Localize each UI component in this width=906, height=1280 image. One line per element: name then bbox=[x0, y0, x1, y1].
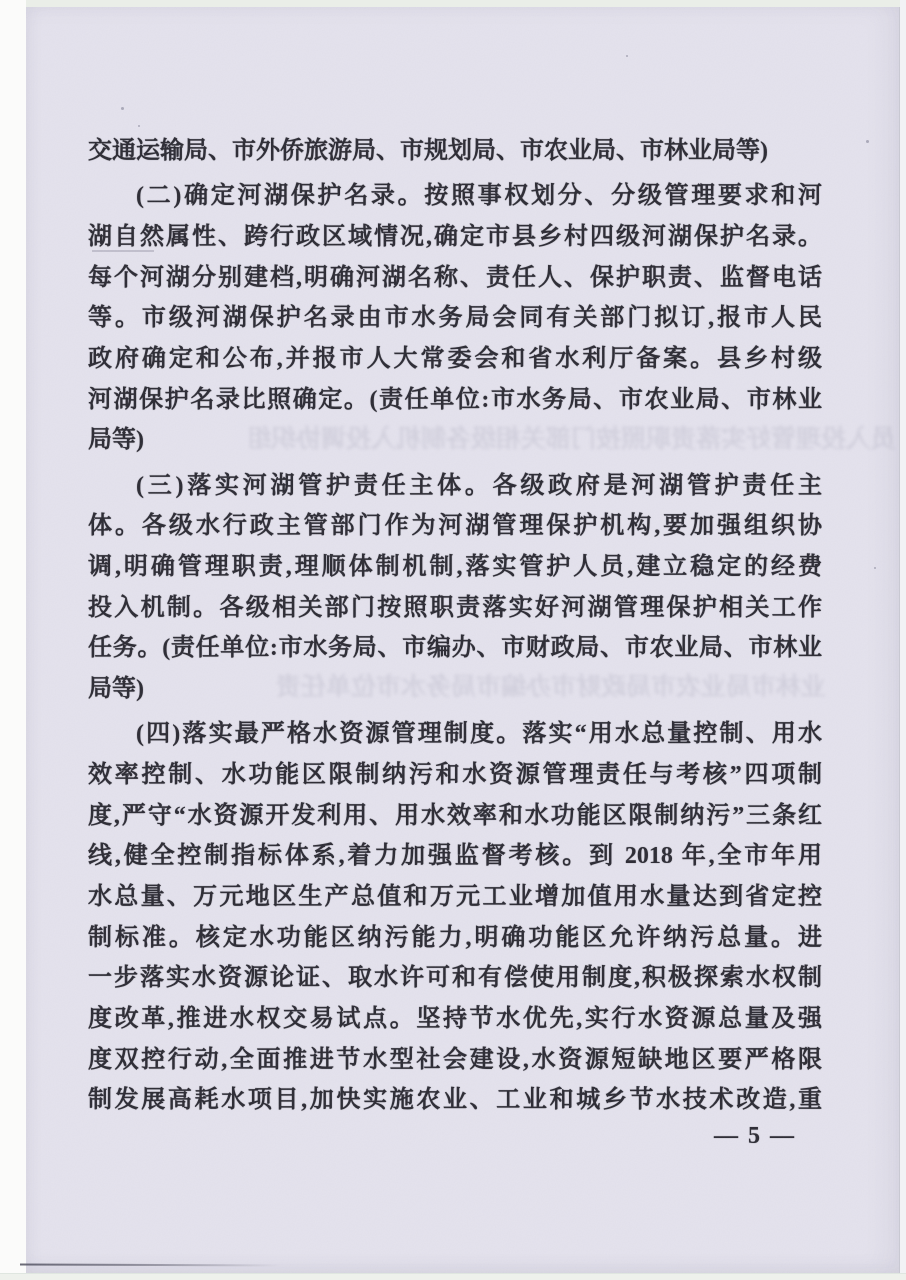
scanner-edge-top bbox=[0, 0, 906, 7]
text-line: 湖自然属性、跨行政区域情况,确定市县乡村四级河湖保护名录。 bbox=[88, 217, 822, 258]
paragraph: (四)落实最严格水资源管理制度。落实“用水总量控制、用水效率控制、水功能区限制纳… bbox=[88, 714, 822, 1121]
text-line: 度双控行动,全面推进节水型社会建设,水资源短缺地区要严格限 bbox=[88, 1040, 822, 1081]
text-line: 线,健全控制指标体系,着力加强监督考核。到 2018 年,全市年用 bbox=[88, 836, 822, 877]
text-line: 每个河湖分别建档,明确河湖名称、责任人、保护职责、监督电话 bbox=[88, 258, 822, 299]
text-line: 局等) bbox=[88, 669, 822, 710]
scan-speck bbox=[138, 125, 140, 127]
scanner-edge-right bbox=[900, 0, 906, 1280]
scan-artifact-streak bbox=[20, 1264, 280, 1267]
text-line: 度改革,推进水权交易试点。坚持节水优先,实行水资源总量及强 bbox=[88, 999, 822, 1040]
text-line: 政府确定和公布,并报市人大常委会和省水利厅备案。县乡村级 bbox=[88, 339, 822, 380]
text-line: 制标准。核定水功能区纳污能力,明确功能区允许纳污总量。进 bbox=[88, 918, 822, 959]
text-line: 局等) bbox=[88, 420, 822, 461]
text-line: 河湖保护名录比照确定。(责任单位:市水务局、市农业局、市林业 bbox=[88, 380, 822, 421]
text-line: (二)确定河湖保护名录。按照事权划分、分级管理要求和河 bbox=[88, 176, 822, 217]
paragraph: (二)确定河湖保护名录。按照事权划分、分级管理要求和河湖自然属性、跨行政区域情况… bbox=[88, 176, 822, 461]
text-line: 交通运输局、市外侨旅游局、市规划局、市农业局、市林业局等) bbox=[88, 131, 822, 172]
scan-speck bbox=[121, 107, 124, 110]
text-line: 一步落实水资源论证、取水许可和有偿使用制度,积极探索水权制 bbox=[88, 958, 822, 999]
scanner-edge-bottom bbox=[0, 1273, 906, 1280]
text-line: 等。市级河湖保护名录由市水务局会同有关部门拟订,报市人民 bbox=[88, 298, 822, 339]
scan-speck bbox=[114, 149, 116, 151]
scanned-page: 员入投理管好实落责职照按门部关相级各制机入投调协织组 业林市局业农市局政财市办编… bbox=[26, 7, 900, 1273]
scan-artifact-underline bbox=[92, 250, 154, 252]
text-line: 水总量、万元地区生产总值和万元工业增加值用水量达到省定控 bbox=[88, 877, 822, 918]
text-line: 调,明确管理职责,理顺体制机制,落实管护人员,建立稳定的经费 bbox=[88, 547, 822, 588]
text-line: 任务。(责任单位:市水务局、市编办、市财政局、市农业局、市林业 bbox=[88, 628, 822, 669]
text-line: 投入机制。各级相关部门按照职责落实好河湖管理保护相关工作 bbox=[88, 588, 822, 629]
page-number: — 5 — bbox=[714, 1123, 796, 1150]
text-line: 效率控制、水功能区限制纳污和水资源管理责任与考核”四项制 bbox=[88, 755, 822, 796]
paragraph: (三)落实河湖管护责任主体。各级政府是河湖管护责任主体。各级水行政主管部门作为河… bbox=[88, 466, 822, 710]
text-line: (四)落实最严格水资源管理制度。落实“用水总量控制、用水 bbox=[88, 714, 822, 755]
text-line: 制发展高耗水项目,加快实施农业、工业和城乡节水技术改造,重 bbox=[88, 1080, 822, 1121]
scan-speck bbox=[626, 55, 628, 57]
paragraph: 交通运输局、市外侨旅游局、市规划局、市农业局、市林业局等) bbox=[88, 131, 822, 172]
document-body: 交通运输局、市外侨旅游局、市规划局、市农业局、市林业局等)(二)确定河湖保护名录… bbox=[88, 131, 822, 1121]
scan-speck bbox=[866, 140, 869, 143]
text-line: (三)落实河湖管护责任主体。各级政府是河湖管护责任主 bbox=[88, 466, 822, 507]
text-line: 体。各级水行政主管部门作为河湖管理保护机构,要加强组织协 bbox=[88, 506, 822, 547]
scan-speck bbox=[874, 567, 876, 569]
text-line: 度,严守“水资源开发利用、用水效率和水功能区限制纳污”三条红 bbox=[88, 796, 822, 837]
scanner-edge-left bbox=[0, 0, 26, 1280]
